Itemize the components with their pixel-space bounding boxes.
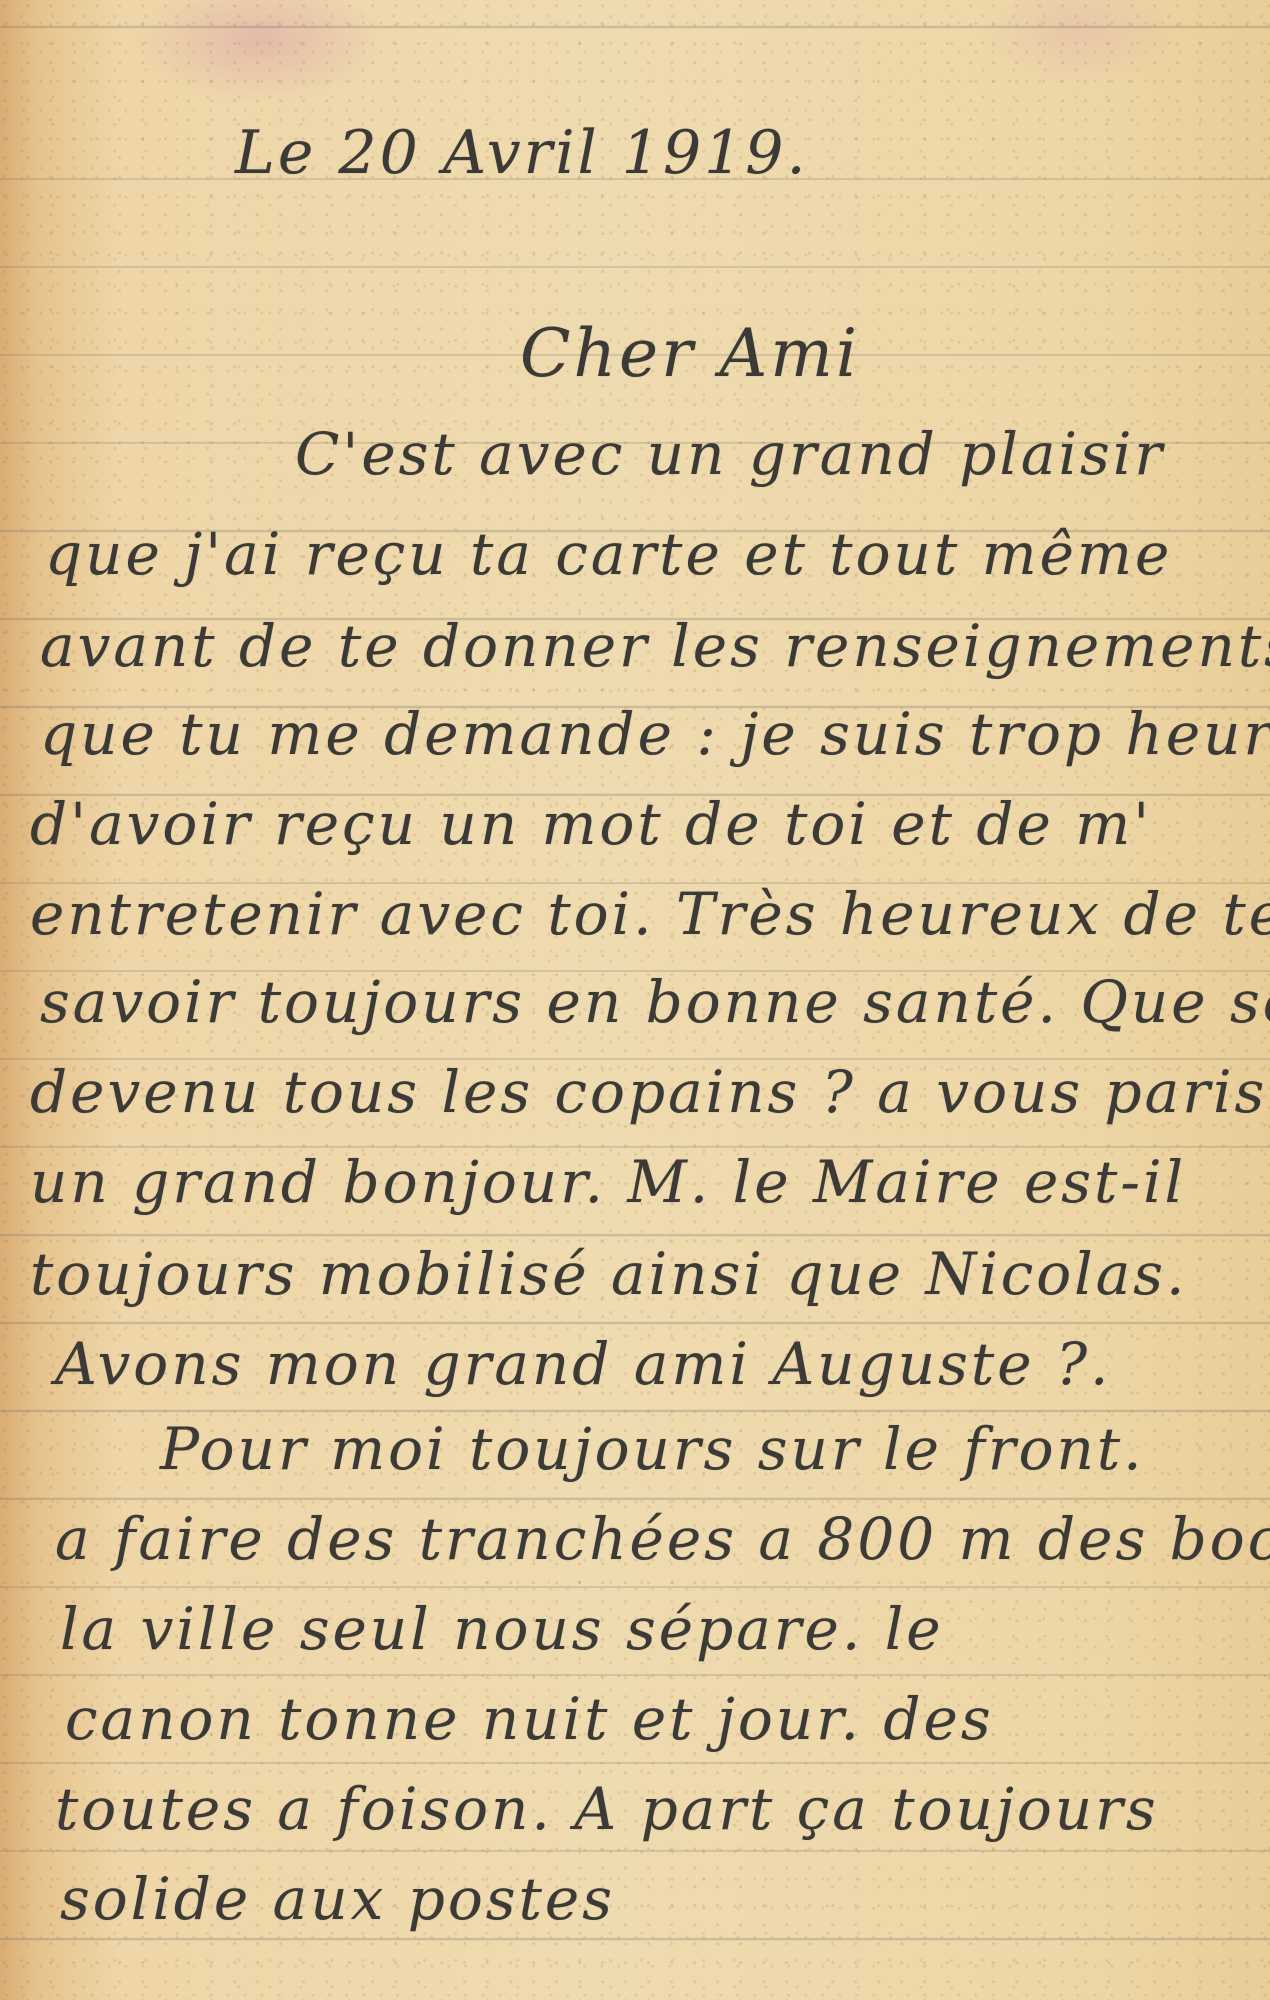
body-line: a faire des tranchées a 800 m des boches — [55, 1505, 1270, 1573]
date-line: Le 20 Avril 1919. — [235, 118, 1270, 188]
body-line: Avons mon grand ami Auguste ?. — [55, 1330, 1270, 1398]
body-line: canon tonne nuit et jour. des — [65, 1685, 1270, 1753]
body-line: d'avoir reçu un mot de toi et de m' — [30, 790, 1270, 858]
body-line: C'est avec un grand plaisir — [295, 420, 1270, 488]
body-line: solide aux postes — [60, 1865, 1270, 1933]
body-line: un grand bonjour. M. le Maire est-il — [30, 1148, 1270, 1216]
body-line: avant de te donner les renseignements — [40, 612, 1270, 680]
body-line: la ville seul nous sépare. le — [60, 1595, 1270, 1663]
body-line: que tu me demande : je suis trop heureux — [40, 700, 1270, 768]
body-line: que j'ai reçu ta carte et tout même — [45, 520, 1270, 588]
body-line: toutes a foison. A part ça toujours — [55, 1775, 1270, 1843]
body-line: toujours mobilisé ainsi que Nicolas. — [30, 1240, 1270, 1308]
body-line: entretenir avec toi. Très heureux de te — [30, 880, 1270, 948]
body-line: savoir toujours en bonne santé. Que sont — [40, 968, 1270, 1036]
body-line: Pour moi toujours sur le front. — [160, 1415, 1270, 1483]
salutation: Cher Ami — [520, 315, 1270, 392]
letter-page: Le 20 Avril 1919. Cher Ami C'est avec un… — [0, 0, 1270, 2000]
body-line: devenu tous les copains ? a vous parisie… — [30, 1058, 1270, 1126]
